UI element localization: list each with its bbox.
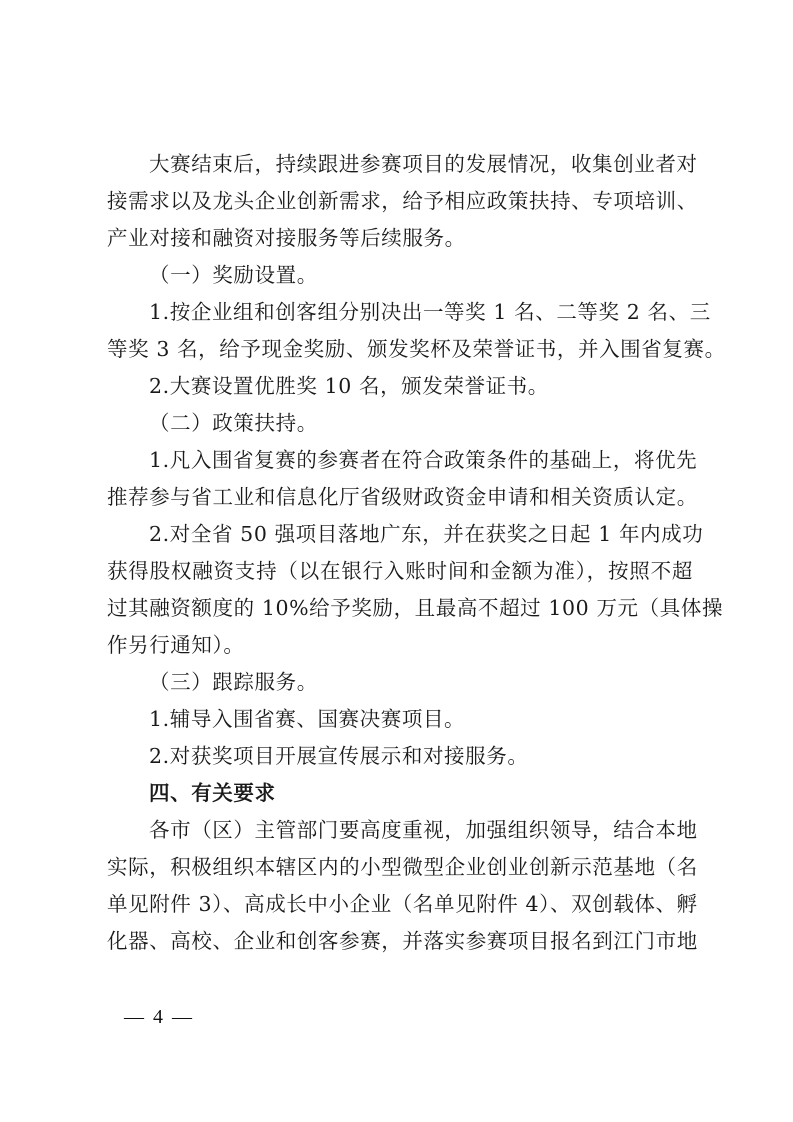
paragraph-line: 2.对全省 50 强项目落地广东，并在获奖之日起 1 年内成功 — [107, 516, 693, 553]
paragraph-line: 获得股权融资支持（以在银行入账时间和金额为准），按照不超 — [107, 553, 693, 590]
section-heading: （一）奖励设置。 — [107, 257, 693, 294]
paragraph-line: 作另行通知）。 — [107, 627, 693, 664]
chapter-heading: 四、有关要求 — [107, 775, 693, 812]
paragraph-line: 各市（区）主管部门要高度重视，加强组织领导，结合本地 — [107, 812, 693, 849]
paragraph-line: 大赛结束后，持续跟进参赛项目的发展情况，收集创业者对 — [107, 146, 693, 183]
paragraph-line: 2.大赛设置优胜奖 10 名，颁发荣誉证书。 — [107, 368, 693, 405]
paragraph-line: 1.辅导入围省赛、国赛决赛项目。 — [107, 701, 693, 738]
paragraph-line: 产业对接和融资对接服务等后续服务。 — [107, 220, 693, 257]
section-heading: （二）政策扶持。 — [107, 405, 693, 442]
paragraph-line: 过其融资额度的 10%给予奖励，且最高不超过 100 万元（具体操 — [107, 590, 693, 627]
paragraph-line: 推荐参与省工业和信息化厅省级财政资金申请和相关资质认定。 — [107, 479, 693, 516]
page-number: — 4 — — [124, 1006, 194, 1029]
paragraph-line: 实际，积极组织本辖区内的小型微型企业创业创新示范基地（名 — [107, 849, 693, 886]
paragraph-line: 接需求以及龙头企业创新需求，给予相应政策扶持、专项培训、 — [107, 183, 693, 220]
paragraph-line: 等奖 3 名，给予现金奖励、颁发奖杯及荣誉证书，并入围省复赛。 — [107, 331, 693, 368]
paragraph-line: 1.按企业组和创客组分别决出一等奖 1 名、二等奖 2 名、三 — [107, 294, 693, 331]
paragraph-line: 单见附件 3）、高成长中小企业（名单见附件 4）、双创载体、孵 — [107, 886, 693, 923]
paragraph-line: 1.凡入围省复赛的参赛者在符合政策条件的基础上，将优先 — [107, 442, 693, 479]
paragraph-line: 2.对获奖项目开展宣传展示和对接服务。 — [107, 738, 693, 775]
section-heading: （三）跟踪服务。 — [107, 664, 693, 701]
paragraph-line: 化器、高校、企业和创客参赛，并落实参赛项目报名到江门市地 — [107, 923, 693, 960]
document-body: 大赛结束后，持续跟进参赛项目的发展情况，收集创业者对 接需求以及龙头企业创新需求… — [107, 146, 693, 960]
